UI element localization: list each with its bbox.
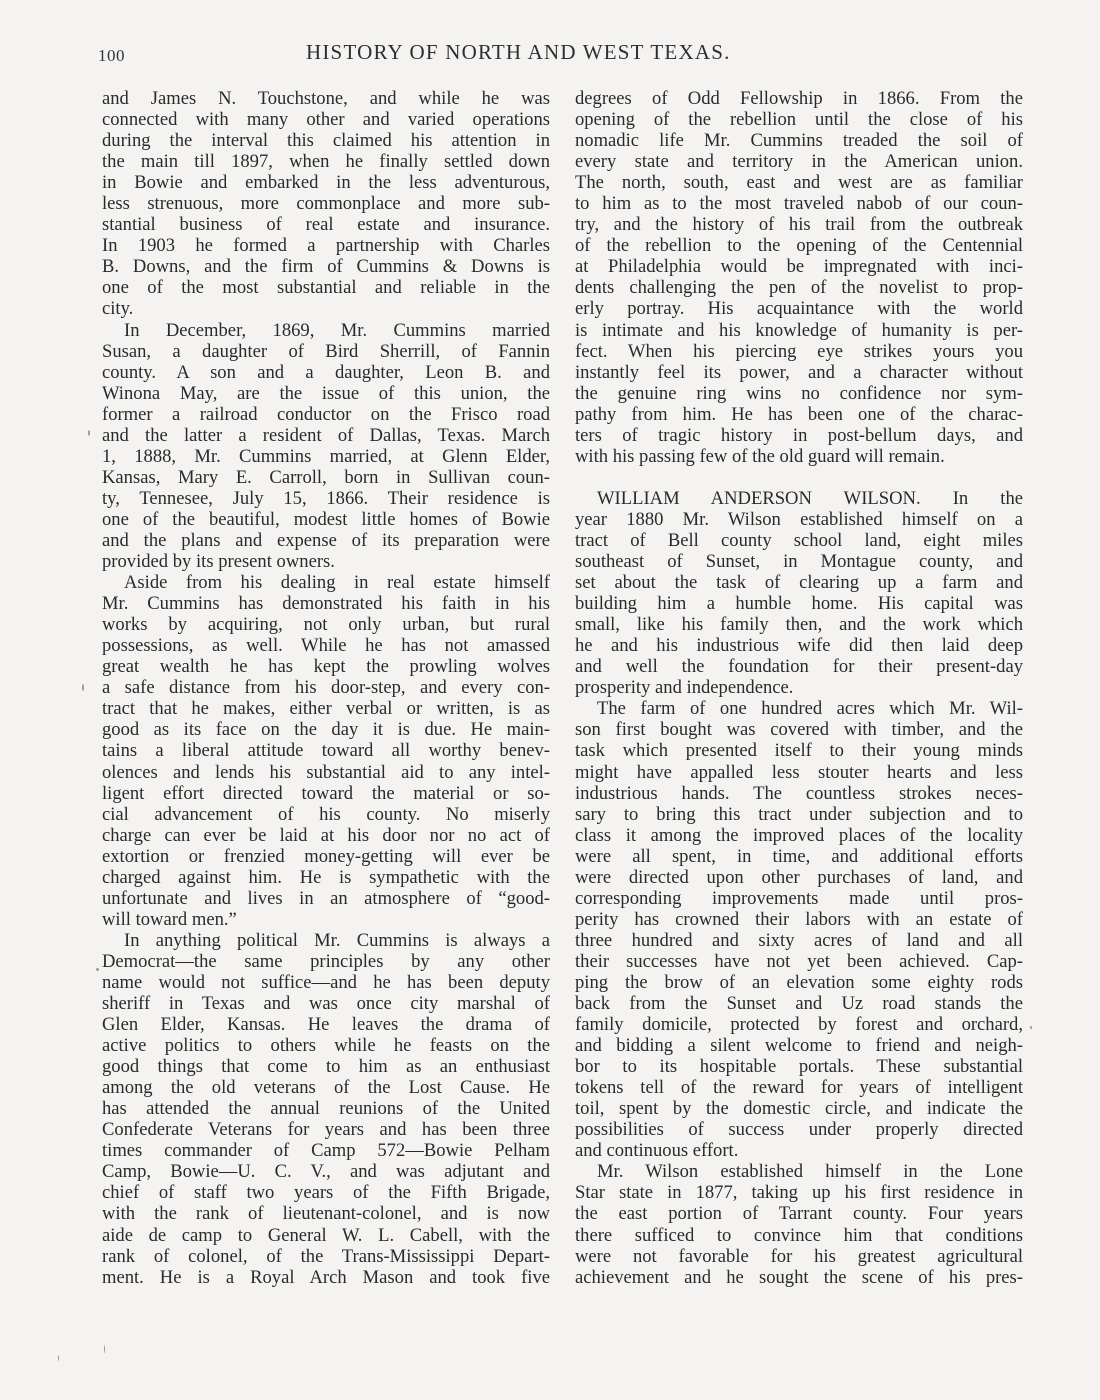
text-line: at Philadelphia would be impregnated wit… [575, 256, 1023, 277]
text-line: degrees of Odd Fellowship in 1866. From … [575, 88, 1023, 109]
text-line: prosperity and independence. [575, 677, 1023, 698]
text-line: ping the brow of an elevation some eight… [575, 972, 1023, 993]
text-line: might have appalled less stouter hearts … [575, 762, 1023, 783]
text-line: Mr. Cummins has demonstrated his faith i… [102, 593, 550, 614]
text-line: one of the most substantial and reliable… [102, 277, 550, 298]
text-line: extortion or frenzied money-getting will… [102, 846, 550, 867]
text-line: charged against him. He is sympathetic w… [102, 867, 550, 888]
text-line: olences and lends his substantial aid to… [102, 762, 550, 783]
text-line: among the old veterans of the Lost Cause… [102, 1077, 550, 1098]
text-line: Aside from his dealing in real estate hi… [102, 572, 550, 593]
text-line: tains a liberal attitude toward all wort… [102, 740, 550, 761]
text-line: is intimate and his knowledge of humanit… [575, 320, 1023, 341]
text-line: Democrat—the same principles by any othe… [102, 951, 550, 972]
text-line: nomadic life Mr. Cummins treaded the soi… [575, 130, 1023, 151]
text-line: good as its face on the day it is due. H… [102, 719, 550, 740]
running-title: HISTORY OF NORTH AND WEST TEXAS. [306, 40, 731, 65]
text-line: son first bought was covered with timber… [575, 719, 1023, 740]
text-line: connected with many other and varied ope… [102, 109, 550, 130]
text-line: The farm of one hundred acres which Mr. … [575, 698, 1023, 719]
text-line: southeast of Sunset, in Montague county,… [575, 551, 1023, 572]
text-line: pathy from him. He has been one of the c… [575, 404, 1023, 425]
text-line: to him as to the most traveled nabob of … [575, 193, 1023, 214]
text-line: and the latter a resident of Dallas, Tex… [102, 425, 550, 446]
text-line: Kansas, Mary E. Carroll, born in Sulliva… [102, 467, 550, 488]
page-number: 100 [98, 46, 125, 66]
text-line: unfortunate and lives in an atmosphere o… [102, 888, 550, 909]
scan-speck [88, 430, 90, 436]
paragraph-gap [575, 467, 1023, 488]
right-text-column: degrees of Odd Fellowship in 1866. From … [575, 88, 1023, 1288]
text-line: works by acquiring, not only urban, but … [102, 614, 550, 635]
text-line: the main till 1897, when he finally sett… [102, 151, 550, 172]
text-line: chief of staff two years of the Fifth Br… [102, 1182, 550, 1203]
text-line: and James N. Touchstone, and while he wa… [102, 88, 550, 109]
page-header: 100 HISTORY OF NORTH AND WEST TEXAS. [0, 40, 1100, 70]
text-line: tokens tell of the reward for years of i… [575, 1077, 1023, 1098]
text-line: perity has crowned their labors with an … [575, 909, 1023, 930]
text-line: possessions, as well. While he has not a… [102, 635, 550, 656]
text-line: less strenuous, more commonplace and mor… [102, 193, 550, 214]
text-line: In anything political Mr. Cummins is alw… [102, 930, 550, 951]
text-line: try, and the history of his trail from t… [575, 214, 1023, 235]
text-line: good things that come to him as an enthu… [102, 1056, 550, 1077]
text-line: former a railroad conductor on the Frisc… [102, 404, 550, 425]
text-line: great wealth he has kept the prowling wo… [102, 656, 550, 677]
text-line: small, like his family then, and the wor… [575, 614, 1023, 635]
text-line: family domicile, protected by forest and… [575, 1014, 1023, 1035]
text-line: and bidding a silent welcome to friend a… [575, 1035, 1023, 1056]
text-line: tract of Bell county school land, eight … [575, 530, 1023, 551]
text-line: times commander of Camp 572—Bowie Pelham [102, 1140, 550, 1161]
text-line: ligent effort directed toward the materi… [102, 783, 550, 804]
text-line: WILLIAM ANDERSON WILSON. In the [575, 488, 1023, 509]
text-line: were directed upon other purchases of la… [575, 867, 1023, 888]
text-line: were not favorable for his greatest agri… [575, 1246, 1023, 1267]
text-line: Star state in 1877, taking up his first … [575, 1182, 1023, 1203]
scan-speck [104, 1345, 105, 1353]
text-line: set about the task of clearing up a farm… [575, 572, 1023, 593]
text-line: B. Downs, and the firm of Cummins & Down… [102, 256, 550, 277]
scan-speck [58, 1355, 59, 1361]
text-line: every state and territory in the America… [575, 151, 1023, 172]
text-line: county. A son and a daughter, Leon B. an… [102, 362, 550, 383]
text-line: their successes have not yet been achiev… [575, 951, 1023, 972]
text-line: and the plans and expense of its prepara… [102, 530, 550, 551]
text-line: active politics to others while he feast… [102, 1035, 550, 1056]
text-line: class it among the improved places of th… [575, 825, 1023, 846]
text-line: Susan, a daughter of Bird Sherrill, of F… [102, 341, 550, 362]
text-line: and well the foundation for their presen… [575, 656, 1023, 677]
text-line: name would not suffice—and he has been d… [102, 972, 550, 993]
text-line: city. [102, 298, 550, 319]
text-line: bor to its hospitable portals. These sub… [575, 1056, 1023, 1077]
text-line: stantial business of real estate and ins… [102, 214, 550, 235]
text-line: back from the Sunset and Uz road stands … [575, 993, 1023, 1014]
text-line: Camp, Bowie—U. C. V., and was adjutant a… [102, 1161, 550, 1182]
text-line: three hundred and sixty acres of land an… [575, 930, 1023, 951]
text-line: instantly feel its power, and a characte… [575, 362, 1023, 383]
text-line: of the rebellion to the opening of the C… [575, 235, 1023, 256]
text-line: task which presented itself to their you… [575, 740, 1023, 761]
text-line: In 1903 he formed a partnership with Cha… [102, 235, 550, 256]
text-line: will toward men.” [102, 909, 550, 930]
text-line: with the rank of lieutenant-colonel, and… [102, 1203, 550, 1224]
text-line: possibilities of success under properly … [575, 1119, 1023, 1140]
text-line: with his passing few of the old guard wi… [575, 446, 1023, 467]
text-line: has attended the annual reunions of the … [102, 1098, 550, 1119]
text-line: In December, 1869, Mr. Cummins married [102, 320, 550, 341]
text-line: the east portion of Tarrant county. Four… [575, 1203, 1023, 1224]
text-line: provided by its present owners. [102, 551, 550, 572]
text-line: the genuine ring wins no confidence nor … [575, 383, 1023, 404]
text-line: ty, Tennesee, July 15, 1866. Their resid… [102, 488, 550, 509]
text-line: one of the beautiful, modest little home… [102, 509, 550, 530]
text-line: achievement and he sought the scene of h… [575, 1267, 1023, 1288]
text-line: ment. He is a Royal Arch Mason and took … [102, 1267, 550, 1288]
text-line: aide de camp to General W. L. Cabell, wi… [102, 1225, 550, 1246]
text-line: a safe distance from his door-step, and … [102, 677, 550, 698]
left-text-column: and James N. Touchstone, and while he wa… [102, 88, 550, 1288]
text-line: there sufficed to convince him that cond… [575, 1225, 1023, 1246]
text-line: in Bowie and embarked in the less advent… [102, 172, 550, 193]
text-line: cial advancement of his county. No miser… [102, 804, 550, 825]
text-line: year 1880 Mr. Wilson established himself… [575, 509, 1023, 530]
text-line: The north, south, east and west are as f… [575, 172, 1023, 193]
text-line: corresponding improvements made until pr… [575, 888, 1023, 909]
text-line: sary to bring this tract under subjectio… [575, 804, 1023, 825]
text-line: Winona May, are the issue of this union,… [102, 383, 550, 404]
scan-speck [1030, 1026, 1032, 1029]
book-page: 100 HISTORY OF NORTH AND WEST TEXAS. and… [0, 0, 1100, 1400]
scan-speck [82, 684, 84, 691]
text-line: erly portray. His acquaintance with the … [575, 298, 1023, 319]
text-line: Glen Elder, Kansas. He leaves the drama … [102, 1014, 550, 1035]
text-line: and continuous effort. [575, 1140, 1023, 1161]
text-line: dents challenging the pen of the novelis… [575, 277, 1023, 298]
text-line: sheriff in Texas and was once city marsh… [102, 993, 550, 1014]
text-line: ters of tragic history in post-bellum da… [575, 425, 1023, 446]
scan-speck [96, 968, 99, 971]
text-line: fect. When his piercing eye strikes your… [575, 341, 1023, 362]
text-line: Mr. Wilson established himself in the Lo… [575, 1161, 1023, 1182]
text-line: charge can ever be laid at his door nor … [102, 825, 550, 846]
text-line: building him a humble home. His capital … [575, 593, 1023, 614]
text-line: toil, spent by the domestic circle, and … [575, 1098, 1023, 1119]
text-line: during the interval this claimed his att… [102, 130, 550, 151]
text-line: were all spent, in time, and additional … [575, 846, 1023, 867]
text-line: opening of the rebellion until the close… [575, 109, 1023, 130]
text-line: 1, 1888, Mr. Cummins married, at Glenn E… [102, 446, 550, 467]
text-line: Confederate Veterans for years and has b… [102, 1119, 550, 1140]
text-line: rank of colonel, of the Trans-Mississipp… [102, 1246, 550, 1267]
text-line: industrious hands. The countless strokes… [575, 783, 1023, 804]
text-line: he and his industrious wife did then lai… [575, 635, 1023, 656]
text-line: tract that he makes, either verbal or wr… [102, 698, 550, 719]
